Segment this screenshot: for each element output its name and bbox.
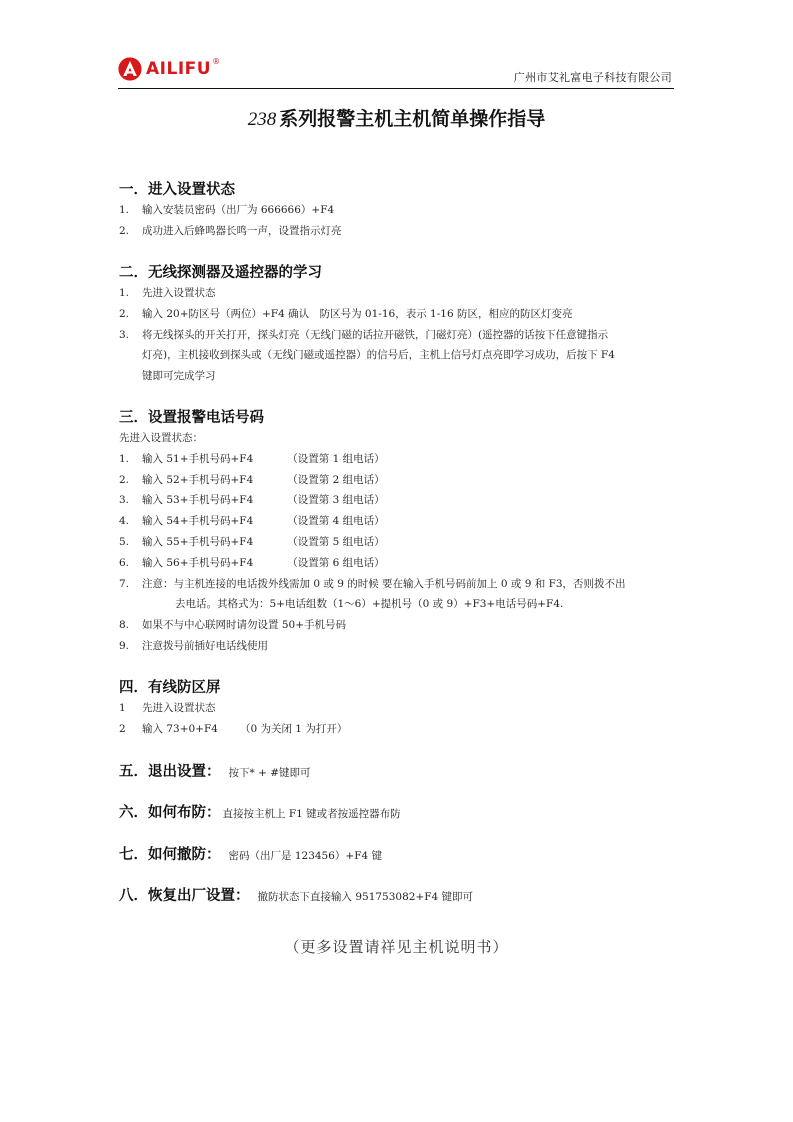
brand-name: AILIFU: [146, 59, 211, 79]
item-number: 4.: [119, 511, 142, 532]
list-item: 3. 将无线探头的开关打开，探头灯亮（无线门磁的话拉开磁铁，门磁灯亮）(遥控器的…: [119, 325, 679, 346]
section-heading: 八．恢复出厂设置：: [119, 888, 250, 904]
item-text: 输入 51+手机号码+F4: [142, 449, 253, 470]
page-title: 238系列报警主机主机简单操作指导: [0, 104, 793, 131]
item-text: 输入 55+手机号码+F4: [142, 532, 253, 553]
item-number: 3.: [119, 490, 142, 511]
item-number: 2.: [119, 221, 142, 242]
list-item: 3. 输入 53+手机号码+F4 （设置第 3 组电话）: [119, 490, 679, 511]
list-item: 2 输入 73+0+F4 （0 为关闭 1 为打开）: [119, 719, 679, 740]
section-arm: 六．如何布防：直接按主机上 F1 键或者按遥控器布防: [119, 803, 679, 824]
document-page: AILIFU ® 广州市艾礼富电子科技有限公司 238系列报警主机主机简单操作指…: [0, 0, 793, 1122]
item-note: （设置第 2 组电话）: [287, 470, 384, 491]
footer-note: （更多设置请祥见主机说明书）: [0, 936, 793, 957]
section-heading: 六．如何布防：: [119, 805, 221, 821]
section-heading: 一．进入设置状态: [119, 180, 679, 200]
ailifu-logo-icon: [118, 57, 142, 81]
item-text: 输入安装员密码（出厂为 666666）+F4: [142, 200, 334, 221]
section-inline-text: 密码（出厂是 123456）+F4 键: [229, 850, 383, 862]
list-item: 1. 输入 51+手机号码+F4 （设置第 1 组电话）: [119, 449, 679, 470]
item-continuation: 去电话。其格式为：5+电话组数（1～6）+提机号（0 或 9）+F3+电话号码+…: [119, 594, 679, 615]
item-note: （设置第 1 组电话）: [287, 449, 384, 470]
list-item: 4. 输入 54+手机号码+F4 （设置第 4 组电话）: [119, 511, 679, 532]
section-alarm-phone: 三．设置报警电话号码 先进入设置状态： 1. 输入 51+手机号码+F4 （设置…: [119, 408, 679, 657]
list-item: 1 先进入设置状态: [119, 698, 679, 719]
list-item: 2. 输入 52+手机号码+F4 （设置第 2 组电话）: [119, 470, 679, 491]
list-item: 1. 输入安装员密码（出厂为 666666）+F4: [119, 200, 679, 221]
section-heading: 二．无线探测器及遥控器的学习: [119, 263, 679, 283]
registered-mark: ®: [212, 57, 220, 66]
section-heading-row: 八．恢复出厂设置：撤防状态下直接输入 951753082+F4 键即可: [119, 886, 679, 907]
section-heading: 五．退出设置：: [119, 764, 221, 780]
item-text: 输入 56+手机号码+F4: [142, 553, 253, 574]
item-text: 输入 54+手机号码+F4: [142, 511, 253, 532]
item-number: 8.: [119, 615, 142, 636]
page-header: AILIFU ® 广州市艾礼富电子科技有限公司: [118, 56, 674, 89]
section-heading: 四．有线防区屏: [119, 678, 679, 698]
list-item: 7. 注意：与主机连接的电话拨外线需加 0 或 9 的时候 要在输入手机号码前加…: [119, 574, 679, 595]
section-wired-zone: 四．有线防区屏 1 先进入设置状态 2 输入 73+0+F4 （0 为关闭 1 …: [119, 678, 679, 740]
item-number: 3.: [119, 325, 142, 346]
section-heading: 七．如何撤防：: [119, 847, 221, 863]
section-inline-text: 直接按主机上 F1 键或者按遥控器布防: [223, 808, 401, 820]
item-text: 注意：与主机连接的电话拨外线需加 0 或 9 的时候 要在输入手机号码前加上 0…: [142, 574, 626, 595]
section-inline-text: 撤防状态下直接输入 951753082+F4 键即可: [258, 891, 474, 903]
brand-logo: AILIFU ®: [118, 57, 220, 81]
list-item: 2. 成功进入后蜂鸣器长鸣一声，设置指示灯亮: [119, 221, 679, 242]
item-number: 1.: [119, 449, 142, 470]
item-continuation: 键即可完成学习: [119, 366, 679, 387]
item-note: （设置第 5 组电话）: [287, 532, 384, 553]
item-text: 注意拨号前插好电话线使用: [142, 636, 268, 657]
item-text: 输入 20+防区号（两位）+F4 确认 防区号为 01-16，表示 1-16 防…: [142, 304, 572, 325]
item-number: 7.: [119, 574, 142, 595]
list-item: 5. 输入 55+手机号码+F4 （设置第 5 组电话）: [119, 532, 679, 553]
title-text: 系列报警主机主机简单操作指导: [279, 108, 545, 130]
section-inline-text: 按下* + #键即可: [229, 767, 311, 779]
item-note: （设置第 6 组电话）: [287, 553, 384, 574]
item-continuation: 灯亮)，主机接收到探头或（无线门磁或遥控器）的信号后，主机上信号灯点亮即学习成功…: [119, 345, 679, 366]
item-note: （设置第 4 组电话）: [287, 511, 384, 532]
item-number: 1.: [119, 200, 142, 221]
item-text: 成功进入后蜂鸣器长鸣一声，设置指示灯亮: [142, 221, 342, 242]
list-item: 9. 注意拨号前插好电话线使用: [119, 636, 679, 657]
section-disarm: 七．如何撤防：密码（出厂是 123456）+F4 键: [119, 845, 679, 866]
item-number: 2.: [119, 470, 142, 491]
list-item: 8. 如果不与中心联网时请勿设置 50+手机号码: [119, 615, 679, 636]
list-item: 6. 输入 56+手机号码+F4 （设置第 6 组电话）: [119, 553, 679, 574]
section-heading-row: 五．退出设置：按下* + #键即可: [119, 762, 679, 783]
item-text: 如果不与中心联网时请勿设置 50+手机号码: [142, 615, 346, 636]
model-number: 238: [248, 109, 277, 130]
item-number: 1.: [119, 283, 142, 304]
item-text: 先进入设置状态: [142, 698, 216, 719]
item-text: 输入 53+手机号码+F4: [142, 490, 253, 511]
company-name: 广州市艾礼富电子科技有限公司: [514, 69, 672, 85]
section-heading-row: 六．如何布防：直接按主机上 F1 键或者按遥控器布防: [119, 803, 679, 824]
item-number: 1: [119, 698, 142, 719]
section-factory-reset: 八．恢复出厂设置：撤防状态下直接输入 951753082+F4 键即可: [119, 886, 679, 907]
list-item: 1. 先进入设置状态: [119, 283, 679, 304]
item-text: 将无线探头的开关打开，探头灯亮（无线门磁的话拉开磁铁，门磁灯亮）(遥控器的话按下…: [142, 325, 608, 346]
item-text: 输入 52+手机号码+F4: [142, 470, 253, 491]
item-number: 5.: [119, 532, 142, 553]
item-number: 6.: [119, 553, 142, 574]
item-note: （0 为关闭 1 为打开）: [240, 719, 347, 740]
item-number: 2: [119, 719, 142, 740]
item-note: （设置第 3 组电话）: [287, 490, 384, 511]
item-number: 9.: [119, 636, 142, 657]
section-enter-setup: 一．进入设置状态 1. 输入安装员密码（出厂为 666666）+F4 2. 成功…: [119, 180, 679, 242]
list-item: 2. 输入 20+防区号（两位）+F4 确认 防区号为 01-16，表示 1-1…: [119, 304, 679, 325]
section-intro: 先进入设置状态：: [119, 428, 679, 449]
section-heading: 三．设置报警电话号码: [119, 408, 679, 428]
item-text: 先进入设置状态: [142, 283, 216, 304]
section-wireless-learning: 二．无线探测器及遥控器的学习 1. 先进入设置状态 2. 输入 20+防区号（两…: [119, 263, 679, 387]
item-text: 输入 73+0+F4: [142, 719, 218, 740]
section-heading-row: 七．如何撤防：密码（出厂是 123456）+F4 键: [119, 845, 679, 866]
item-number: 2.: [119, 304, 142, 325]
section-exit-setup: 五．退出设置：按下* + #键即可: [119, 762, 679, 783]
